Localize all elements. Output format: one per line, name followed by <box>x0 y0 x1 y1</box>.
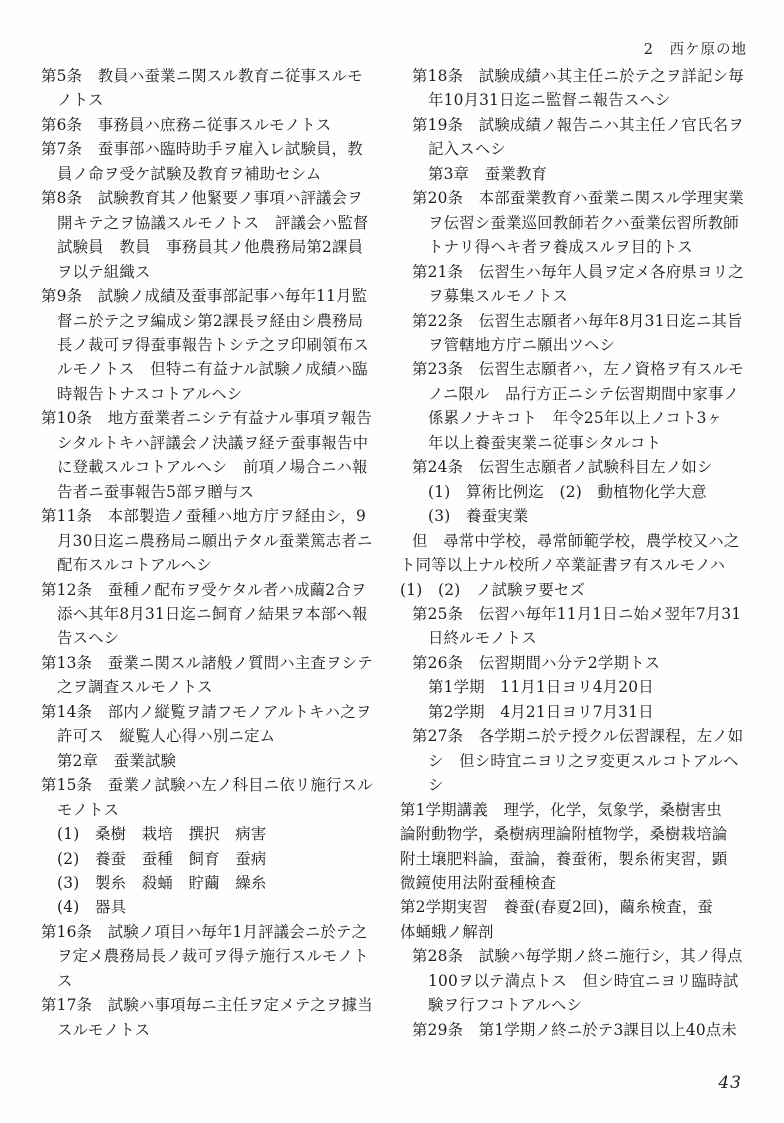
text-line: (1) (2) ノ試験ヲ要セズ <box>400 578 753 602</box>
text-line: 微鏡使用法附蚕種検査 <box>400 871 753 895</box>
text-line: (4) 器具 <box>29 895 382 919</box>
text-line: ヲ管轄地方庁ニ願出ツヘシ <box>400 333 753 357</box>
text-line: トナリ得ヘキ者ヲ養成スルヲ目的トス <box>400 235 753 259</box>
text-line: 第2学期 4月21日ヨリ7月31日 <box>400 700 753 724</box>
text-line: 配布スルコトアルヘシ <box>29 553 382 577</box>
text-line: 第9条 試験ノ成績及蚕事部記事ハ毎年11月監 <box>29 284 382 308</box>
text-line: 第27条 各学期ニ於テ授クル伝習課程，左ノ如 <box>400 724 753 748</box>
text-line: 第13条 蚕業ニ関スル諸般ノ質問ハ主査ヲシテ <box>29 651 382 675</box>
text-line: 督ニ於テ之ヲ編成シ第2課長ヲ経由シ農務局 <box>29 309 382 333</box>
text-line: 験ヲ行フコトアルヘシ <box>400 993 753 1017</box>
text-line: 第3章 蚕業教育 <box>400 162 753 186</box>
text-line: 第29条 第1学期ノ終ニ於テ3課目以上40点未 <box>400 1018 753 1042</box>
text-line: ヲ以テ組織ス <box>29 260 382 284</box>
text-line: 第2章 蚕業試験 <box>29 749 382 773</box>
text-line: 第17条 試験ハ事項毎ニ主任ヲ定メテ之ヲ據当 <box>29 993 382 1017</box>
text-line: 第28条 試験ハ毎学期ノ終ニ施行シ，其ノ得点 <box>400 944 753 968</box>
text-line: 第18条 試験成績ハ其主任ニ於テ之ヲ詳記シ毎 <box>400 64 753 88</box>
text-line: 許可ス 縦覧人心得ハ別ニ定ム <box>29 724 382 748</box>
text-line: ト同等以上ナル校所ノ卒業証書ヲ有スルモノハ <box>400 553 753 577</box>
text-line: 開キテ之ヲ協議スルモノトス 評議会ハ監督 <box>29 211 382 235</box>
text-line: 第26条 伝習期間ハ分テ2学期トス <box>400 651 753 675</box>
text-line: ヲ募集スルモノトス <box>400 284 753 308</box>
text-line: 第24条 伝習生志願者ノ試験科目左ノ如シ <box>400 455 753 479</box>
text-line: (1) 算術比例迄 (2) 動植物化学大意 <box>400 480 753 504</box>
text-line: 時報告トナスコトアルヘシ <box>29 382 382 406</box>
text-columns: 第5条 教員ハ蚕業ニ関スル教育ニ従事スルモノトス第6条 事務員ハ庶務ニ従事スルモ… <box>29 64 753 1042</box>
text-line: 第23条 伝習生志願者ハ，左ノ資格ヲ有スルモ <box>400 357 753 381</box>
text-line: 員ノ命ヲ受ケ試験及教育ヲ補助セシム <box>29 162 382 186</box>
text-line: ノニ限ル 品行方正ニシテ伝習期間中家事ノ <box>400 382 753 406</box>
text-line: 第15条 蚕業ノ試験ハ左ノ科目ニ依リ施行スル <box>29 773 382 797</box>
text-line: 第7条 蚕事部ハ臨時助手ヲ雇入レ試験員，教 <box>29 137 382 161</box>
text-line: ノトス <box>29 88 382 112</box>
text-line: に登載スルコトアルヘシ 前項ノ場合ニハ報 <box>29 455 382 479</box>
text-line: 長ノ裁可ヲ得蚕事報告トシテ之ヲ印刷領布ス <box>29 333 382 357</box>
text-line: 100ヲ以テ満点トス 但シ時宜ニヨリ臨時試 <box>400 969 753 993</box>
text-line: ヲ定メ農務局長ノ裁可ヲ得テ施行スルモノト <box>29 944 382 968</box>
text-line: (1) 桑樹 栽培 撰択 病害 <box>29 822 382 846</box>
text-line: シ <box>400 773 753 797</box>
text-line: 日終ルモノトス <box>400 626 753 650</box>
text-line: 第6条 事務員ハ庶務ニ従事スルモノトス <box>29 113 382 137</box>
text-line: 記入スヘシ <box>400 137 753 161</box>
text-line: シ 但シ時宜ニヨリ之ヲ変更スルコトアルヘ <box>400 749 753 773</box>
text-line: 年10月31日迄ニ監督ニ報告スヘシ <box>400 88 753 112</box>
text-line: 係累ノナキコト 年令25年以上ノコト3ヶ <box>400 406 753 430</box>
text-line: 第22条 伝習生志願者ハ毎年8月31日迄ニ其旨 <box>400 309 753 333</box>
text-line: ス <box>29 969 382 993</box>
text-line: 告スヘシ <box>29 626 382 650</box>
text-line: 告者ニ蚕事報告5部ヲ贈与ス <box>29 480 382 504</box>
text-line: 年以上養蚕実業ニ従事シタルコト <box>400 431 753 455</box>
left-column: 第5条 教員ハ蚕業ニ関スル教育ニ従事スルモノトス第6条 事務員ハ庶務ニ従事スルモ… <box>29 64 382 1042</box>
page-number: 43 <box>718 1073 742 1093</box>
text-line: 第20条 本部蚕業教育ハ蚕業ニ関スル学理実業 <box>400 186 753 210</box>
text-line: 体蛹蛾ノ解剖 <box>400 920 753 944</box>
text-line: 第25条 伝習ハ毎年11月1日ニ始メ翌年7月31 <box>400 602 753 626</box>
text-line: 第10条 地方蚕業者ニシテ有益ナル事項ヲ報告 <box>29 406 382 430</box>
text-line: 試験員 教員 事務員其ノ他農務局第2課員 <box>29 235 382 259</box>
text-line: 添ヘ其年8月31日迄ニ飼育ノ結果ヲ本部ヘ報 <box>29 602 382 626</box>
text-line: 第14条 部内ノ縦覧ヲ請フモノアルトキハ之ヲ <box>29 700 382 724</box>
text-line: 第16条 試験ノ項目ハ毎年1月評議会ニ於テ之 <box>29 920 382 944</box>
document-page: 2 西ケ原の地 第5条 教員ハ蚕業ニ関スル教育ニ従事スルモノトス第6条 事務員ハ… <box>0 0 784 1123</box>
running-header: 2 西ケ原の地 <box>644 38 747 59</box>
text-line: 第19条 試験成績ノ報告ニハ其主任ノ官氏名ヲ <box>400 113 753 137</box>
text-line: 第11条 本部製造ノ蚕種ハ地方庁ヲ経由シ，9 <box>29 504 382 528</box>
right-column: 第18条 試験成績ハ其主任ニ於テ之ヲ詳記シ毎年10月31日迄ニ監督ニ報告スヘシ第… <box>400 64 753 1042</box>
text-line: 第1学期 11月1日ヨリ4月20日 <box>400 675 753 699</box>
text-line: (3) 養蚕実業 <box>400 504 753 528</box>
text-line: スルモノトス <box>29 1018 382 1042</box>
text-line: 論附動物学，桑樹病理論附植物学，桑樹栽培論 <box>400 822 753 846</box>
text-line: 第8条 試験教育其ノ他緊要ノ事項ハ評議会ヲ <box>29 186 382 210</box>
text-line: 之ヲ調査スルモノトス <box>29 675 382 699</box>
text-line: 第21条 伝習生ハ毎年人員ヲ定メ各府県ヨリ之 <box>400 260 753 284</box>
text-line: (2) 養蚕 蚕種 飼育 蚕病 <box>29 847 382 871</box>
text-line: ヲ伝習シ蚕業巡回教師若クハ蚕業伝習所教師 <box>400 211 753 235</box>
text-line: (3) 製糸 殺蛹 貯繭 繰糸 <box>29 871 382 895</box>
text-line: 附土壌肥料論，蚕論，養蚕術，製糸術実習，顕 <box>400 847 753 871</box>
text-line: ルモノトス 但特ニ有益ナル試験ノ成績ハ臨 <box>29 357 382 381</box>
text-line: シタルトキハ評議会ノ決議ヲ経テ蚕事報告中 <box>29 431 382 455</box>
text-line: 月30日迄ニ農務局ニ願出テタル蚕業篤志者ニ <box>29 529 382 553</box>
text-line: モノトス <box>29 798 382 822</box>
text-line: 第12条 蚕種ノ配布ヲ受ケタル者ハ成繭2合ヲ <box>29 578 382 602</box>
text-line: 第5条 教員ハ蚕業ニ関スル教育ニ従事スルモ <box>29 64 382 88</box>
text-line: 第1学期講義 理学，化学，気象学，桑樹害虫 <box>400 798 753 822</box>
text-line: 第2学期実習 養蚕(春夏2回)，繭糸検査，蚕 <box>400 895 753 919</box>
text-line: 但 尋常中学校，尋常師範学校，農学校又ハ之 <box>400 529 753 553</box>
